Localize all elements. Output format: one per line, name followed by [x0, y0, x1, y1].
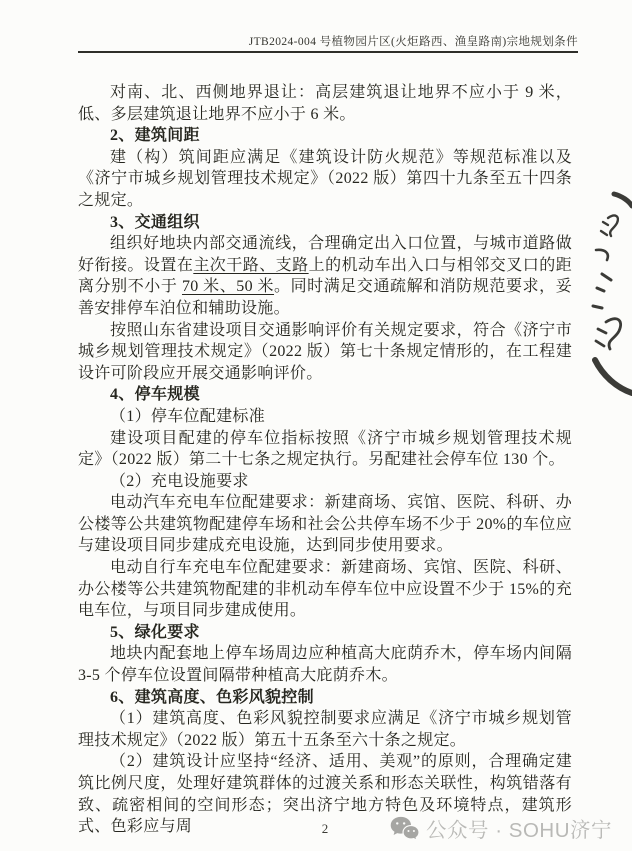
paragraph: 电动自行车充电车位配建要求：新建商场、宾馆、医院、科研、办公楼等公共建筑物配建的…: [78, 557, 572, 622]
text-run: （1）建筑高度、色彩风貌控制要求应满足《济宁市城乡规划管理技术规定》（2022 …: [78, 710, 572, 749]
document-body: 对南、北、西侧地界退让：高层建筑退让地界不应小于 9 米，低、多层建筑退让地界不…: [78, 82, 572, 838]
paragraph: 对南、北、西侧地界退让：高层建筑退让地界不应小于 9 米，低、多层建筑退让地界不…: [78, 82, 572, 125]
paragraph: 建设项目配建的停车位指标按照《济宁市城乡规划管理技术规定》（2022 版）第二十…: [78, 428, 572, 471]
text-run: （1）停车位配建标准: [110, 408, 265, 425]
text-run: 2、建筑间距: [110, 127, 200, 144]
section-heading: 6、建筑高度、色彩风貌控制: [78, 687, 572, 709]
text-run: 建设项目配建的停车位指标按照《济宁市城乡规划管理技术规定》（2022 版）第二十…: [78, 430, 572, 469]
section-heading: 4、停车规模: [78, 384, 572, 406]
paragraph: （1）建筑高度、色彩风貌控制要求应满足《济宁市城乡规划管理技术规定》（2022 …: [78, 708, 572, 751]
margin-stamp-mark: [586, 188, 632, 400]
text-run: 按照山东省建设项目交通影响评价有关规定要求，符合《济宁市城乡规划管理技术规定》（…: [78, 322, 572, 382]
text-run: 地块内配套地上停车场周边应种植高大庇荫乔木，停车场内间隔 3-5 个停车位设置间…: [78, 645, 572, 684]
paragraph: 电动汽车充电车位配建要求：新建商场、宾馆、医院、科研、办公楼等公共建筑物配建停车…: [78, 492, 572, 557]
text-run: 4、停车规模: [110, 386, 200, 403]
header-rule: [78, 51, 578, 53]
text-run: 5、绿化要求: [110, 624, 200, 641]
section-heading: 5、绿化要求: [78, 622, 572, 644]
document-page: JTB2024-004 号植物园片区(火炬路西、渔皇路南)宗地规划条件 对南、北…: [0, 0, 632, 851]
wechat-icon: [390, 816, 419, 841]
text-run: （2）充电设施要求: [110, 473, 249, 490]
paragraph: 按照山东省建设项目交通影响评价有关规定要求，符合《济宁市城乡规划管理技术规定》（…: [78, 320, 572, 385]
page-header: JTB2024-004 号植物园片区(火炬路西、渔皇路南)宗地规划条件: [78, 33, 578, 49]
watermark-label: 公众号 · SOHU济宁: [426, 813, 612, 843]
text-run: 建（构）筑间距应满足《建筑设计防火规范》等规范标准以及《济宁市城乡规划管理技术规…: [78, 149, 572, 209]
section-heading: 3、交通组织: [78, 212, 572, 234]
text-run: 电动汽车充电车位配建要求：新建商场、宾馆、医院、科研、办公楼等公共建筑物配建停车…: [78, 494, 572, 554]
header-doc-ref: JTB2024-004 号植物园片区(火炬路西、渔皇路南)宗地规划条件: [249, 36, 578, 48]
text-run: 6、建筑高度、色彩风貌控制: [110, 689, 314, 706]
section-heading: 2、建筑间距: [78, 125, 572, 147]
paragraph: 组织好地块内部交通流线，合理确定出入口位置，与城市道路做好衔接。设置在主次干路、…: [78, 233, 572, 319]
underlined-text: 70 米、50 米: [182, 278, 274, 295]
paragraph: （2）充电设施要求: [78, 471, 572, 493]
text-run: 3、交通组织: [110, 214, 200, 231]
paragraph: （1）停车位配建标准: [78, 406, 572, 428]
underlined-text: 主次干路、支路: [193, 257, 308, 274]
watermark: 公众号 · SOHU济宁: [390, 813, 612, 843]
text-run: 对南、北、西侧地界退让：高层建筑退让地界不应小于 9 米，低、多层建筑退让地界不…: [78, 84, 572, 123]
text-run: 电动自行车充电车位配建要求：新建商场、宾馆、医院、科研、办公楼等公共建筑物配建的…: [78, 559, 572, 619]
paragraph: 地块内配套地上停车场周边应种植高大庇荫乔木，停车场内间隔 3-5 个停车位设置间…: [78, 643, 572, 686]
paragraph: 建（构）筑间距应满足《建筑设计防火规范》等规范标准以及《济宁市城乡规划管理技术规…: [78, 147, 572, 212]
